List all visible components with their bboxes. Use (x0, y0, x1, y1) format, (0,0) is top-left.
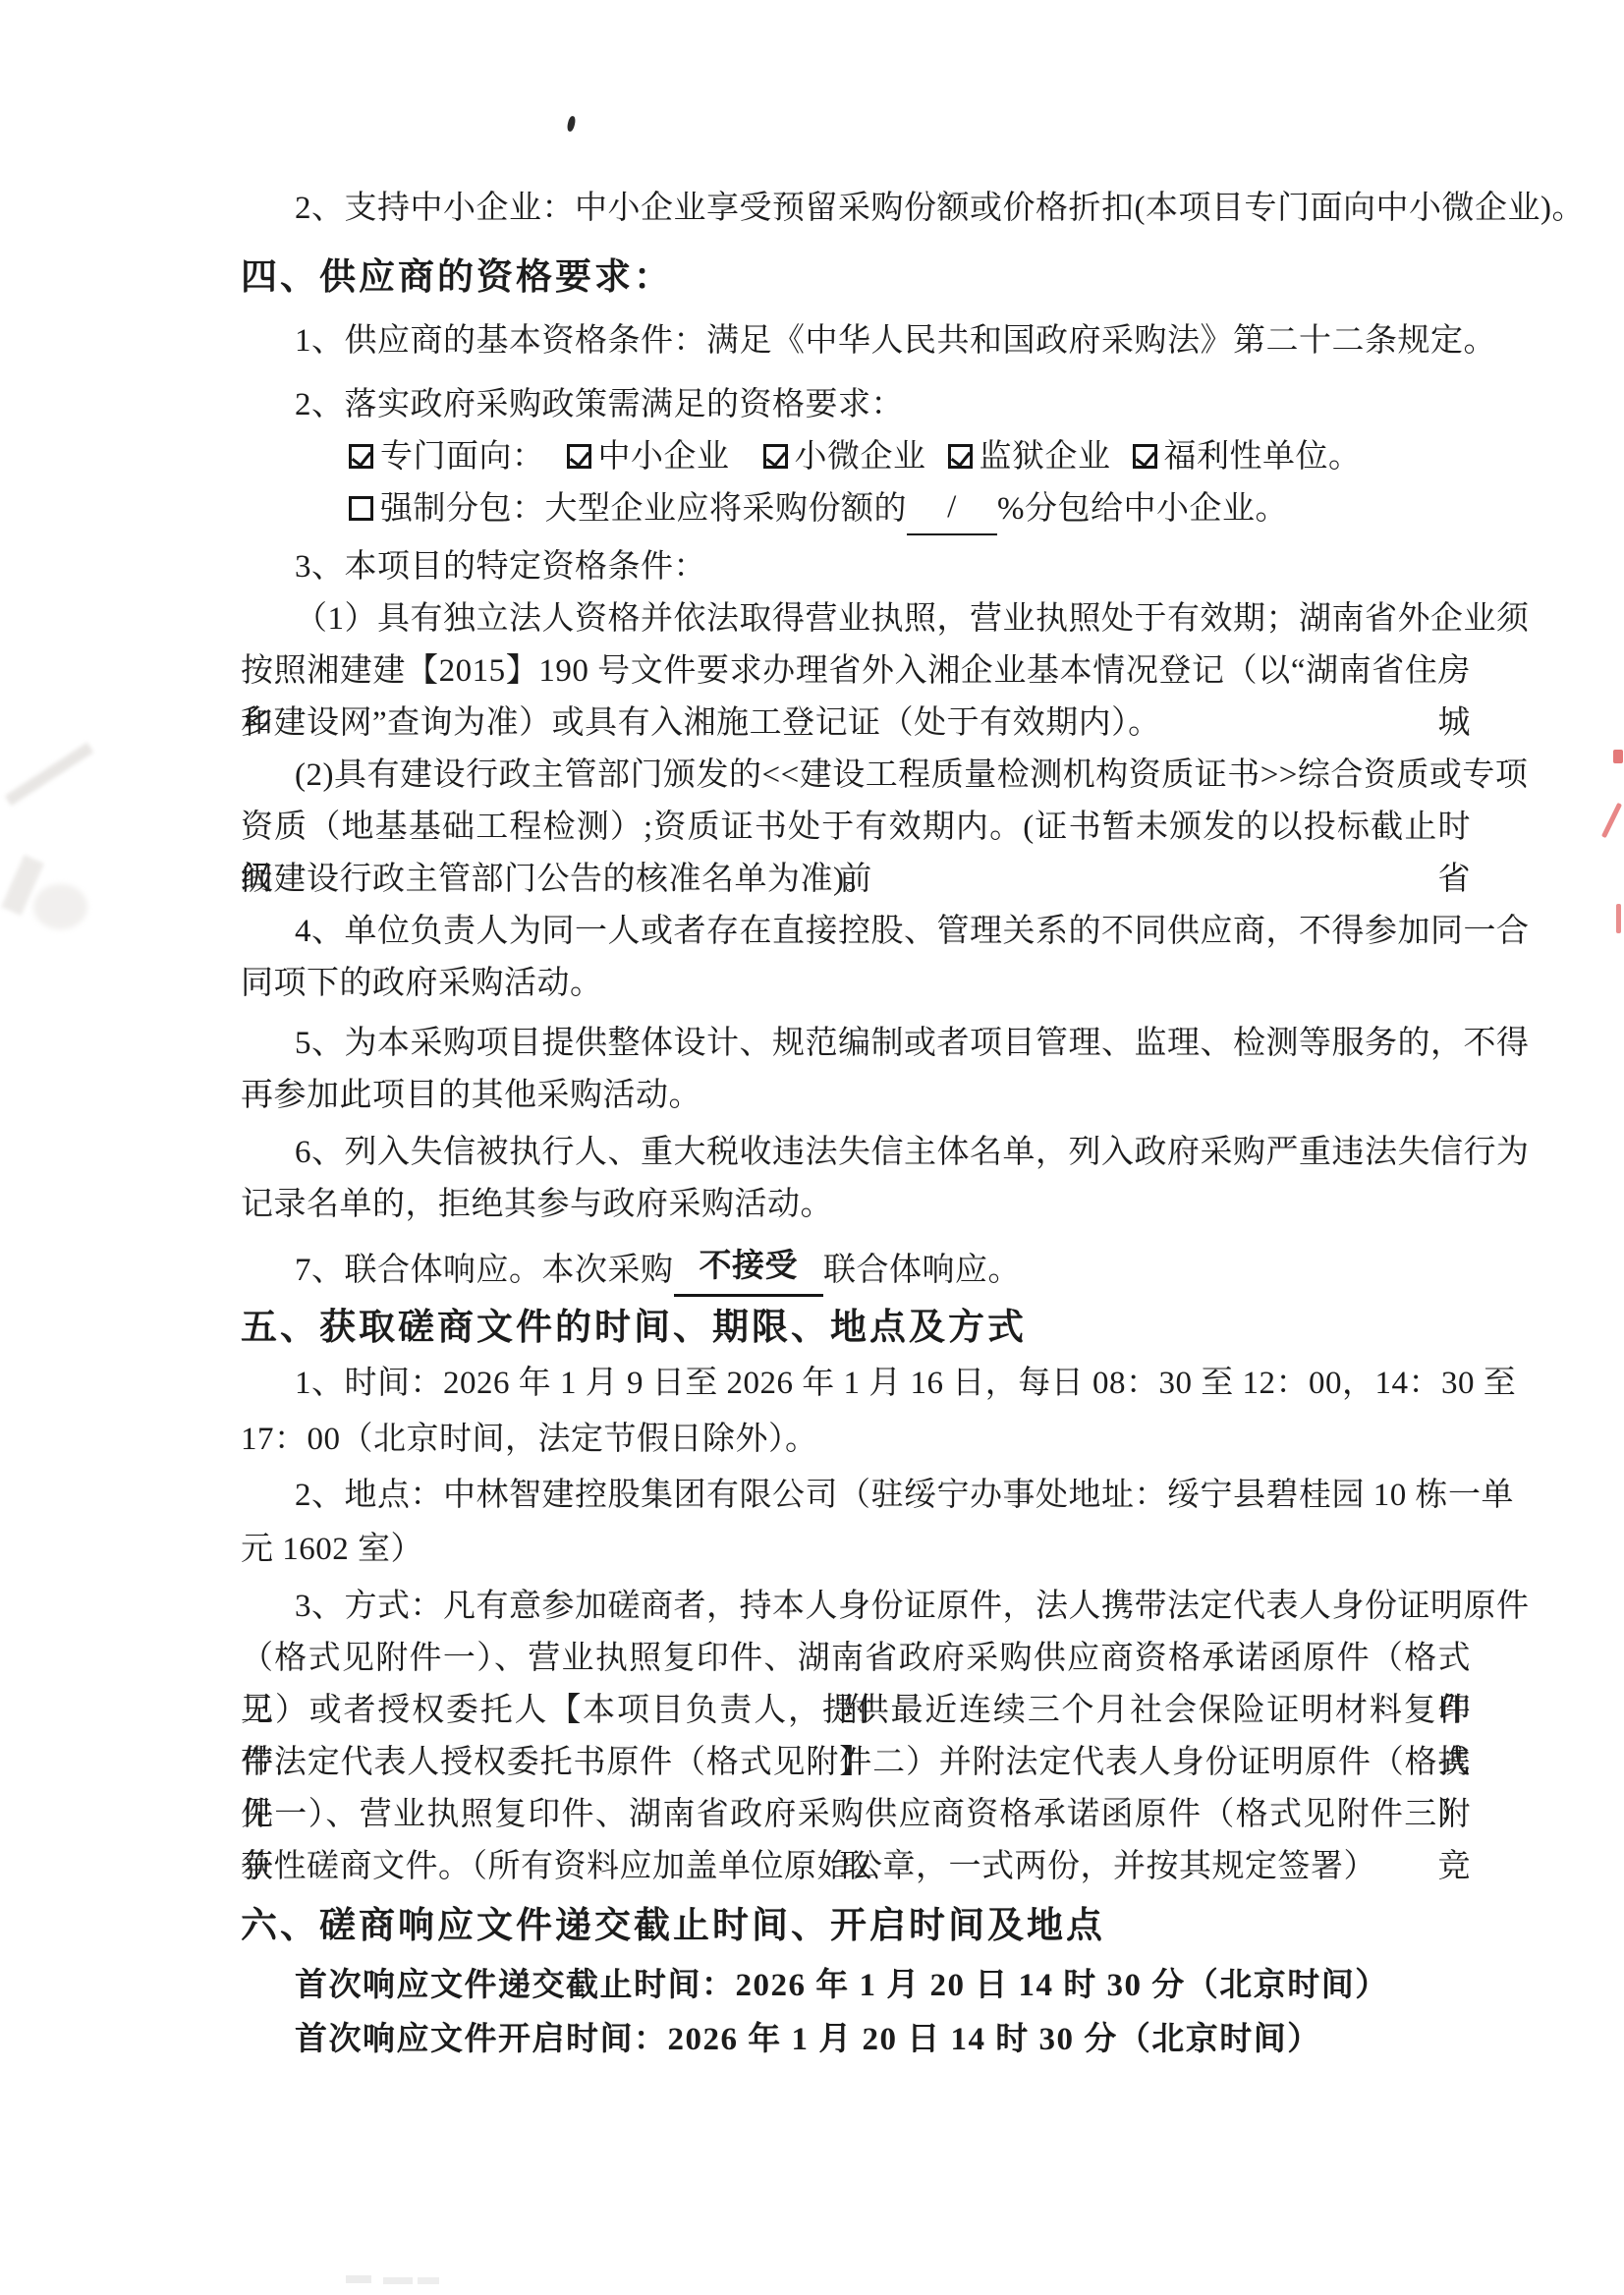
line-place-2: 元 1602 室） (241, 1524, 1471, 1576)
line-policy-checkboxes: 专门面向：中小企业小微企业监狱企业福利性单位。 (241, 431, 1471, 483)
line-opening-time: 首次响应文件开启时间：2026 年 1 月 20 日 14 时 30 分（北京时… (241, 2014, 1471, 2066)
line-method-5: 件一）、营业执照复印件、湖南省政府采购供应商资格承诺函原件（格式见附件三）获取竞 (241, 1789, 1471, 1841)
right-margin-red-mark (1601, 803, 1622, 838)
subcontract-label: 强制分包：大型企业应将采购份额的 (380, 491, 907, 527)
line-time-2: 17：00（北京时间，法定节假日除外）。 (241, 1414, 1471, 1466)
line-method-4: 带法定代表人授权委托书原件（格式见附件二）并附法定代表人身份证明原件（格式见附 (241, 1737, 1471, 1789)
policy-option-label: 福利性单位。 (1164, 439, 1362, 475)
joint-response-before: 7、联合体响应。本次采购 (295, 1253, 674, 1288)
line-qual-2-2: 资质（地基基础工程检测）;资质证书处于有效期内。(证书暂未颁发的以投标截止时间前… (241, 802, 1471, 854)
line-place-1: 2、地点：中林智建控股集团有限公司（驻绥宁办事处地址：绥宁县碧桂园 10 栋一单 (241, 1470, 1471, 1522)
line-sme-support: 2、支持中小企业：中小企业享受预留采购份额或价格折扣(本项目专门面向中小微企业)… (241, 183, 1471, 235)
line-item4-2: 同项下的政府采购活动。 (241, 958, 1471, 1010)
line-method-6: 争性磋商文件。（所有资料应加盖单位原始公章，一式两份，并按其规定签署） (241, 1841, 1471, 1893)
checkbox-checked-icon (1133, 444, 1157, 469)
not-accepted-underlined-text: 不接受 (674, 1249, 824, 1297)
right-margin-red-mark (1613, 750, 1623, 763)
line-qual-1-1: （1）具有独立法人资格并依法取得营业执照，营业执照处于有效期；湖南省外企业须 (241, 593, 1471, 645)
checkbox-checked-icon (567, 444, 591, 469)
checkbox-checked-icon (948, 444, 973, 469)
line-specific-qualification: 3、本项目的特定资格条件： (241, 541, 1471, 593)
section-5-heading: 五、获取磋商文件的时间、期限、地点及方式 (241, 1297, 1471, 1358)
bottom-edge-smudge (383, 2277, 413, 2284)
line-submission-deadline: 首次响应文件递交截止时间：2026 年 1 月 20 日 14 时 30 分（北… (241, 1960, 1471, 2012)
line-item5-1: 5、为本采购项目提供整体设计、规范编制或者项目管理、监理、检测等服务的，不得 (241, 1018, 1471, 1070)
checkbox-unchecked-icon (349, 496, 373, 521)
line-method-2: （格式见附件一）、营业执照复印件、湖南省政府采购供应商资格承诺函原件（格式见附件 (241, 1633, 1471, 1685)
document-body: 2、支持中小企业：中小企业享受预留采购份额或价格折扣(本项目专门面向中小微企业)… (241, 183, 1471, 2066)
line-item5-2: 再参加此项目的其他采购活动。 (241, 1070, 1471, 1122)
policy-lead-label: 专门面向： (380, 439, 545, 475)
line-method-1: 3、方式：凡有意参加磋商者，持本人身份证原件，法人携带法定代表人身份证明原件 (241, 1581, 1471, 1633)
bottom-edge-smudge (418, 2277, 439, 2284)
line-item6-2: 记录名单的，拒绝其参与政府采购活动。 (241, 1179, 1471, 1231)
section-6-heading: 六、磋商响应文件递交截止时间、开启时间及地点 (241, 1895, 1471, 1956)
right-margin-red-mark (1616, 904, 1621, 933)
fill-in-blank-underline: / (907, 490, 997, 535)
left-margin-smudge (5, 743, 93, 807)
line-qual-1-2: 按照湘建建【2015】190 号文件要求办理省外入湘企业基本情况登记（以“湖南省… (241, 645, 1471, 698)
policy-option-label: 小微企业 (795, 439, 926, 475)
bottom-edge-smudge (346, 2275, 371, 2283)
checkbox-checked-icon (349, 444, 373, 469)
joint-response-after: 联合体响应。 (823, 1253, 1021, 1288)
line-subcontract-checkbox: 强制分包：大型企业应将采购份额的/%分包给中小企业。 (241, 483, 1471, 535)
scanned-procurement-document-page: 2、支持中小企业：中小企业享受预留采购份额或价格折扣(本项目专门面向中小微企业)… (0, 0, 1624, 2295)
checkbox-checked-icon (763, 444, 788, 469)
line-joint-response: 7、联合体响应。本次采购不接受联合体响应。 (241, 1245, 1471, 1297)
line-method-3: 三）或者授权委托人【本项目负责人，提供最近连续三个月社会保险证明材料复印件】携 (241, 1685, 1471, 1737)
subcontract-suffix: %分包给中小企业。 (997, 491, 1288, 527)
line-qual-2-1: (2)具有建设行政主管部门颁发的<<建设工程质量检测机构资质证书>>综合资质或专… (241, 750, 1471, 802)
line-item4-1: 4、单位负责人为同一人或者存在直接控股、管理关系的不同供应商，不得参加同一合 (241, 906, 1471, 958)
line-policy-requirement: 2、落实政府采购政策需满足的资格要求： (241, 379, 1471, 431)
line-basic-qualification: 1、供应商的基本资格条件：满足《中华人民共和国政府采购法》第二十二条规定。 (241, 315, 1471, 367)
policy-option-label: 中小企业 (598, 439, 730, 475)
section-4-heading: 四、供应商的资格要求： (241, 247, 1471, 308)
left-margin-smudge (33, 884, 87, 929)
policy-option-label: 监狱企业 (980, 439, 1111, 475)
line-time-1: 1、时间：2026 年 1 月 9 日至 2026 年 1 月 16 日，每日 … (241, 1358, 1471, 1410)
line-item6-1: 6、列入失信被执行人、重大税收违法失信主体名单，列入政府采购严重违法失信行为 (241, 1127, 1471, 1179)
scan-speck-mark (566, 115, 576, 132)
